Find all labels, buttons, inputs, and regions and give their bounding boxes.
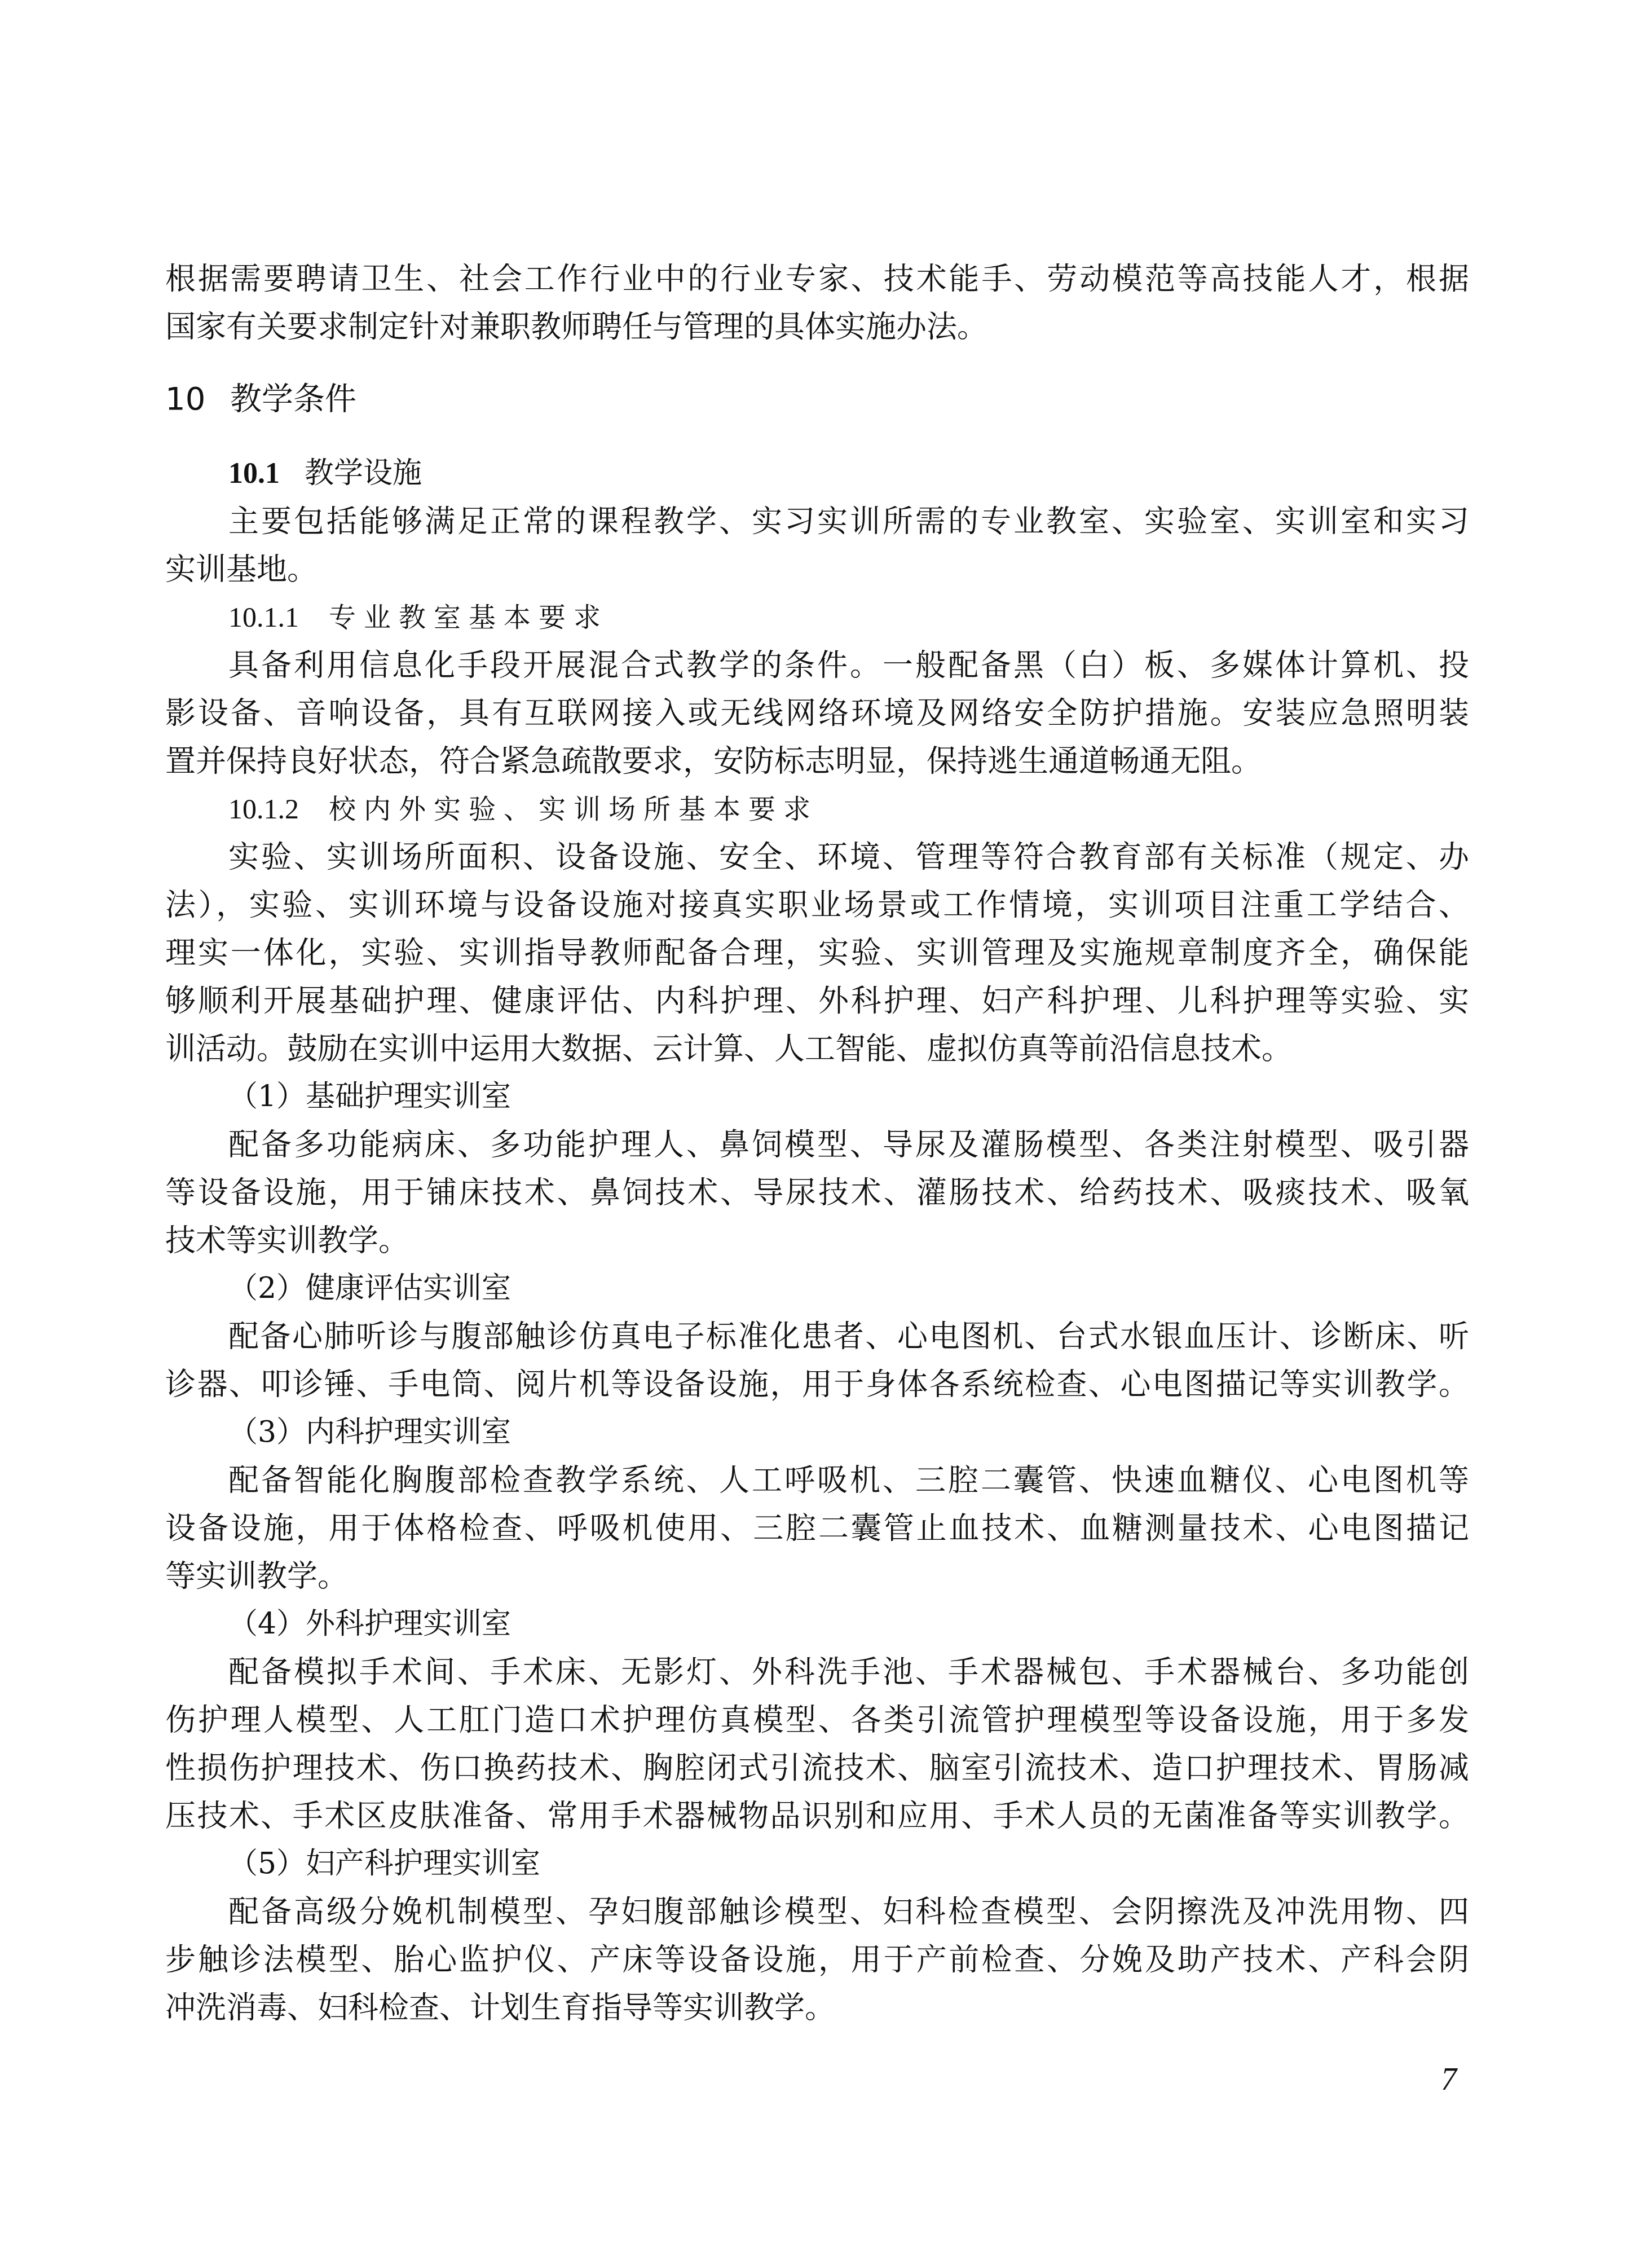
subsection-title: 教学设施	[305, 456, 422, 490]
clause-number: 10.1.1	[228, 593, 329, 641]
body-text-line: 伤护理人模型、人工肛门造口术护理仿真模型、各类引流管护理模型等设备设施，用于多发	[165, 1696, 1469, 1744]
body-text-line: 性损伤护理技术、伤口换药技术、胸腔闭式引流技术、脑室引流技术、造口护理技术、胃肠…	[165, 1744, 1469, 1792]
document-page: 根据需要聘请卫生、社会工作行业中的行业专家、技术能手、劳动模范等高技能人才，根据…	[0, 0, 1627, 2268]
room-heading-surgical-nursing: （4）外科护理实训室	[228, 1600, 511, 1648]
body-text-line: 法），实验、实训环境与设备设施对接真实职业场景或工作情境，实训项目注重工学结合、	[165, 881, 1469, 929]
body-text-line: 置并保持良好状态，符合紧急疏散要求，安防标志明显，保持逃生通道畅通无阻。	[165, 737, 1469, 785]
room-heading-basic-nursing: （1）基础护理实训室	[228, 1073, 511, 1121]
body-text-line: 设备设施，用于体格检查、呼吸机使用、三腔二囊管止血技术、血糖测量技术、心电图描记	[165, 1504, 1469, 1552]
body-text-line: 配备多功能病床、多功能护理人、鼻饲模型、导尿及灌肠模型、各类注射模型、吸引器	[228, 1121, 1469, 1169]
body-text-line: 实验、实训场所面积、设备设施、安全、环境、管理等符合教育部有关标准（规定、办	[228, 833, 1469, 881]
clause-number: 10.1.2	[228, 785, 329, 833]
clause-title: 专业教室基本要求	[329, 602, 609, 633]
body-text-line: 理实一体化，实验、实训指导教师配备合理，实验、实训管理及实施规章制度齐全，确保能	[165, 929, 1469, 977]
body-text-line: 技术等实训教学。	[165, 1217, 1469, 1265]
body-text-line: 诊器、叩诊锤、手电筒、阅片机等设备设施，用于身体各系统检查、心电图描记等实训教学…	[165, 1360, 1469, 1408]
body-text-line: 配备心肺听诊与腹部触诊仿真电子标准化患者、心电图机、台式水银血压计、诊断床、听	[228, 1313, 1469, 1360]
body-text-line: 等设备设施，用于铺床技术、鼻饲技术、导尿技术、灌肠技术、给药技术、吸痰技术、吸氧	[165, 1169, 1469, 1217]
body-text-line: 压技术、手术区皮肤准备、常用手术器械物品识别和应用、手术人员的无菌准备等实训教学…	[165, 1792, 1469, 1840]
body-text-line: 配备模拟手术间、手术床、无影灯、外科洗手池、手术器械包、手术器械台、多功能创	[228, 1648, 1469, 1696]
clause-heading-10-1-2: 10.1.2校内外实验、实训场所基本要求	[228, 785, 818, 833]
body-text-line: 主要包括能够满足正常的课程教学、实习实训所需的专业教室、实验室、实训室和实习	[228, 497, 1469, 545]
subsection-heading: 10.1教学设施	[228, 450, 422, 497]
body-text-line: 根据需要聘请卫生、社会工作行业中的行业专家、技术能手、劳动模范等高技能人才，根据	[165, 255, 1469, 303]
room-heading-internal-medicine: （3）内科护理实训室	[228, 1408, 511, 1456]
room-heading-obstetrics-gynecology: （5）妇产科护理实训室	[228, 1840, 540, 1888]
body-text-line: 配备智能化胸腹部检查教学系统、人工呼吸机、三腔二囊管、快速血糖仪、心电图机等	[228, 1456, 1469, 1504]
body-text-line: 等实训教学。	[165, 1552, 1469, 1600]
body-text-line: 实训基地。	[165, 545, 1469, 593]
body-text-line: 步触诊法模型、胎心监护仪、产床等设备设施，用于产前检查、分娩及助产技术、产科会阴	[165, 1936, 1469, 1984]
subsection-number: 10.1	[228, 450, 305, 497]
body-text-line: 够顺利开展基础护理、健康评估、内科护理、外科护理、妇产科护理、儿科护理等实验、实	[165, 977, 1469, 1025]
room-heading-health-assessment: （2）健康评估实训室	[228, 1265, 511, 1313]
body-text-line: 影设备、音响设备，具有互联网接入或无线网络环境及网络安全防护措施。安装应急照明装	[165, 689, 1469, 737]
clause-title: 校内外实验、实训场所基本要求	[329, 794, 818, 825]
body-text-line: 冲洗消毒、妇科检查、计划生育指导等实训教学。	[165, 1984, 1469, 2032]
section-title: 教学条件	[230, 381, 356, 417]
body-text-line: 具备利用信息化手段开展混合式教学的条件。一般配备黑（白）板、多媒体计算机、投	[228, 641, 1469, 689]
clause-heading-10-1-1: 10.1.1专业教室基本要求	[228, 593, 609, 641]
section-number: 10	[165, 375, 230, 423]
page-number: 7	[1441, 2060, 1457, 2099]
body-text-line: 配备高级分娩机制模型、孕妇腹部触诊模型、妇科检查模型、会阴擦洗及冲洗用物、四	[228, 1888, 1469, 1936]
section-heading: 10教学条件	[165, 375, 356, 423]
body-text-line: 训活动。鼓励在实训中运用大数据、云计算、人工智能、虚拟仿真等前沿信息技术。	[165, 1025, 1469, 1073]
body-text-line: 国家有关要求制定针对兼职教师聘任与管理的具体实施办法。	[165, 303, 1469, 351]
